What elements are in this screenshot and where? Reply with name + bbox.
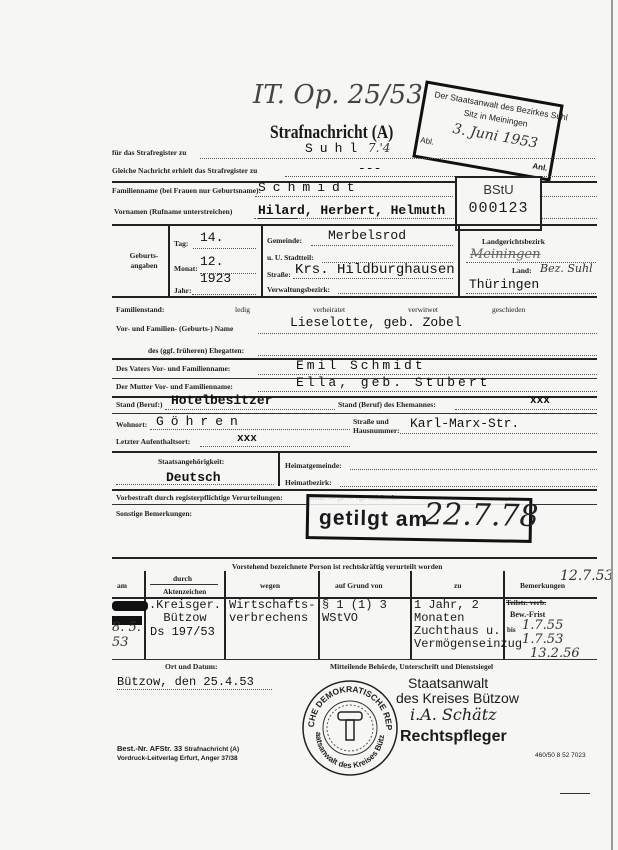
- footer-order-number: Best.-Nr. AFStr. 33 Strafnachricht (A): [117, 744, 239, 753]
- prior-convictions-label: Vorbestraft durch registerpflichtige Ver…: [116, 493, 283, 502]
- birth-month: 12.: [200, 254, 223, 269]
- court-district-value: Meiningen: [470, 247, 540, 262]
- birth-day: 14.: [200, 230, 223, 245]
- husband-occupation-value: xxx: [530, 395, 550, 407]
- receipt-stamp: Der Staatsanwalt des Bezirkes Suhl Sitz …: [412, 80, 563, 181]
- occupation-value: Hotelbesitzer: [171, 393, 272, 408]
- place-date-label: Ort und Datum:: [165, 662, 218, 671]
- archive-box: BStU 000123: [455, 176, 542, 231]
- sentence-file-number: Ds 197/53: [150, 625, 215, 639]
- mother-label: Der Mutter Vor- und Familienname:: [116, 382, 233, 391]
- sentence-legal-basis: § 1 (1) 3 WStVO: [322, 599, 408, 625]
- birth-place-district: Krs. Hildburghausen: [295, 262, 455, 278]
- col-wegen: wegen: [260, 581, 280, 590]
- sentence-date: 8. 5. 53: [112, 620, 142, 650]
- redaction-block: [112, 601, 148, 611]
- archive-label: BStU: [457, 182, 540, 197]
- authority-line1: Staatsanwalt: [408, 675, 488, 691]
- marital-status-label: Familienstand:: [116, 305, 164, 314]
- birth-municipality: Merbelsrod: [328, 228, 406, 243]
- marital-option-single: ledig: [235, 305, 250, 314]
- document-page: IT. Op. 25/53 Strafnachricht (A) Der Sta…: [0, 0, 618, 850]
- archive-number: 000123: [457, 200, 540, 217]
- handwritten-date-1: 12.7.53: [560, 568, 613, 584]
- occupation-label: Stand (Beruf:): [116, 400, 162, 409]
- birth-year: 1923: [200, 271, 231, 286]
- deletion-stamp: getilgt am 22.7.78: [306, 494, 533, 543]
- marital-option-widowed: verwitwet: [408, 305, 438, 314]
- remarks-partial: Teilstr. verb.: [506, 598, 546, 607]
- birth-land: Thüringen: [469, 277, 539, 292]
- residence-label: Wohnort:: [116, 420, 147, 429]
- authority-role: Rechtspfleger: [400, 728, 507, 746]
- place-date-value: Bützow, den 25.4.53: [117, 675, 254, 689]
- signature: i.A. Schätz: [410, 705, 497, 724]
- register-label: für das Strafregister zu: [112, 148, 186, 157]
- last-residence-label: Letzter Aufenthaltsort:: [116, 437, 190, 446]
- first-names-value: Hilard, Herbert, Helmuth: [258, 203, 445, 218]
- col-bemerkungen: Bemerkungen: [520, 581, 565, 590]
- authority-line2: des Kreises Bützow: [396, 690, 519, 706]
- register-value: Suhl: [305, 141, 364, 156]
- official-seal: DEUTSCHE DEMOKRATISCHE REPUBLIK Staatsan…: [300, 678, 400, 778]
- father-label: Des Vaters Vor- und Familienname:: [116, 364, 230, 373]
- col-auf-grund-von: auf Grund von: [335, 581, 383, 590]
- sentence-caption: Vorstehend bezeichnete Person ist rechts…: [232, 562, 442, 571]
- marital-option-divorced: geschieden: [492, 305, 525, 314]
- col-am: am: [117, 581, 127, 590]
- spouse-value: Lieselotte, geb. Zobel: [290, 315, 462, 330]
- handwritten-date-3: 1.7.53: [522, 632, 563, 647]
- same-notice-label: Gleiche Nachricht erhielt das Strafregis…: [112, 166, 257, 175]
- surname-value: Schmidt: [258, 180, 362, 195]
- mother-value: Ella, geb. Stubert: [296, 375, 490, 390]
- same-notice-value: ---: [358, 161, 381, 176]
- surname-label: Familienname (bei Frauen nur Geburtsname…: [112, 186, 261, 195]
- father-value: Emil Schmidt: [296, 358, 426, 373]
- footer-print-code: 460/50 8 52 7023: [535, 752, 586, 759]
- residence-value: Göhren: [156, 414, 245, 429]
- husband-occupation-label: Stand (Beruf) des Ehemannes:: [338, 400, 436, 409]
- sentence-offense: Wirtschafts- verbrechens: [229, 599, 319, 625]
- first-names-label: Vornamen (Rufname unterstreichen): [114, 207, 232, 216]
- birth-section-label: Geburts- angaben: [124, 251, 164, 271]
- sentence-court: .Kreisger. Bützow: [146, 599, 224, 625]
- sentence-penalty: 1 Jahr, 2 Monaten Zuchthaus u. Vermögens…: [414, 599, 502, 651]
- file-number-handwritten: IT. Op. 25/53: [253, 80, 423, 110]
- svg-text:DEUTSCHE DEMOKRATISCHE REPUBLI: DEUTSCHE DEMOKRATISCHE REPUBLIK: [300, 678, 394, 731]
- handwritten-date-2: 1.7.55: [522, 618, 563, 633]
- col-aktenzeichen: Aktenzeichen: [163, 587, 206, 596]
- footer-publisher: Vordruck-Leitverlag Erfurt, Anger 37/38: [117, 755, 238, 762]
- col-durch: durch: [173, 574, 192, 583]
- last-residence-value: xxx: [237, 433, 257, 445]
- marital-option-married: verheiratet: [313, 305, 345, 314]
- remarks-label: Sonstige Bemerkungen:: [116, 509, 192, 518]
- residence-street: Karl-Marx-Str.: [410, 416, 519, 431]
- authority-label: Mitteilende Behörde, Unterschrift und Di…: [330, 662, 493, 671]
- citizenship-value: Deutsch: [166, 470, 221, 485]
- deletion-stamp-text: getilgt am: [319, 506, 429, 532]
- spouse-label: Vor- und Familien- (Geburts-) Name: [116, 324, 233, 333]
- seal-emblem-icon: DEUTSCHE DEMOKRATISCHE REPUBLIK Staatsan…: [300, 678, 400, 778]
- citizenship-label: Staatsangehörigkeit:: [158, 457, 224, 466]
- deletion-date-handwritten: 22.7.78: [424, 497, 539, 534]
- col-zu: zu: [454, 581, 462, 590]
